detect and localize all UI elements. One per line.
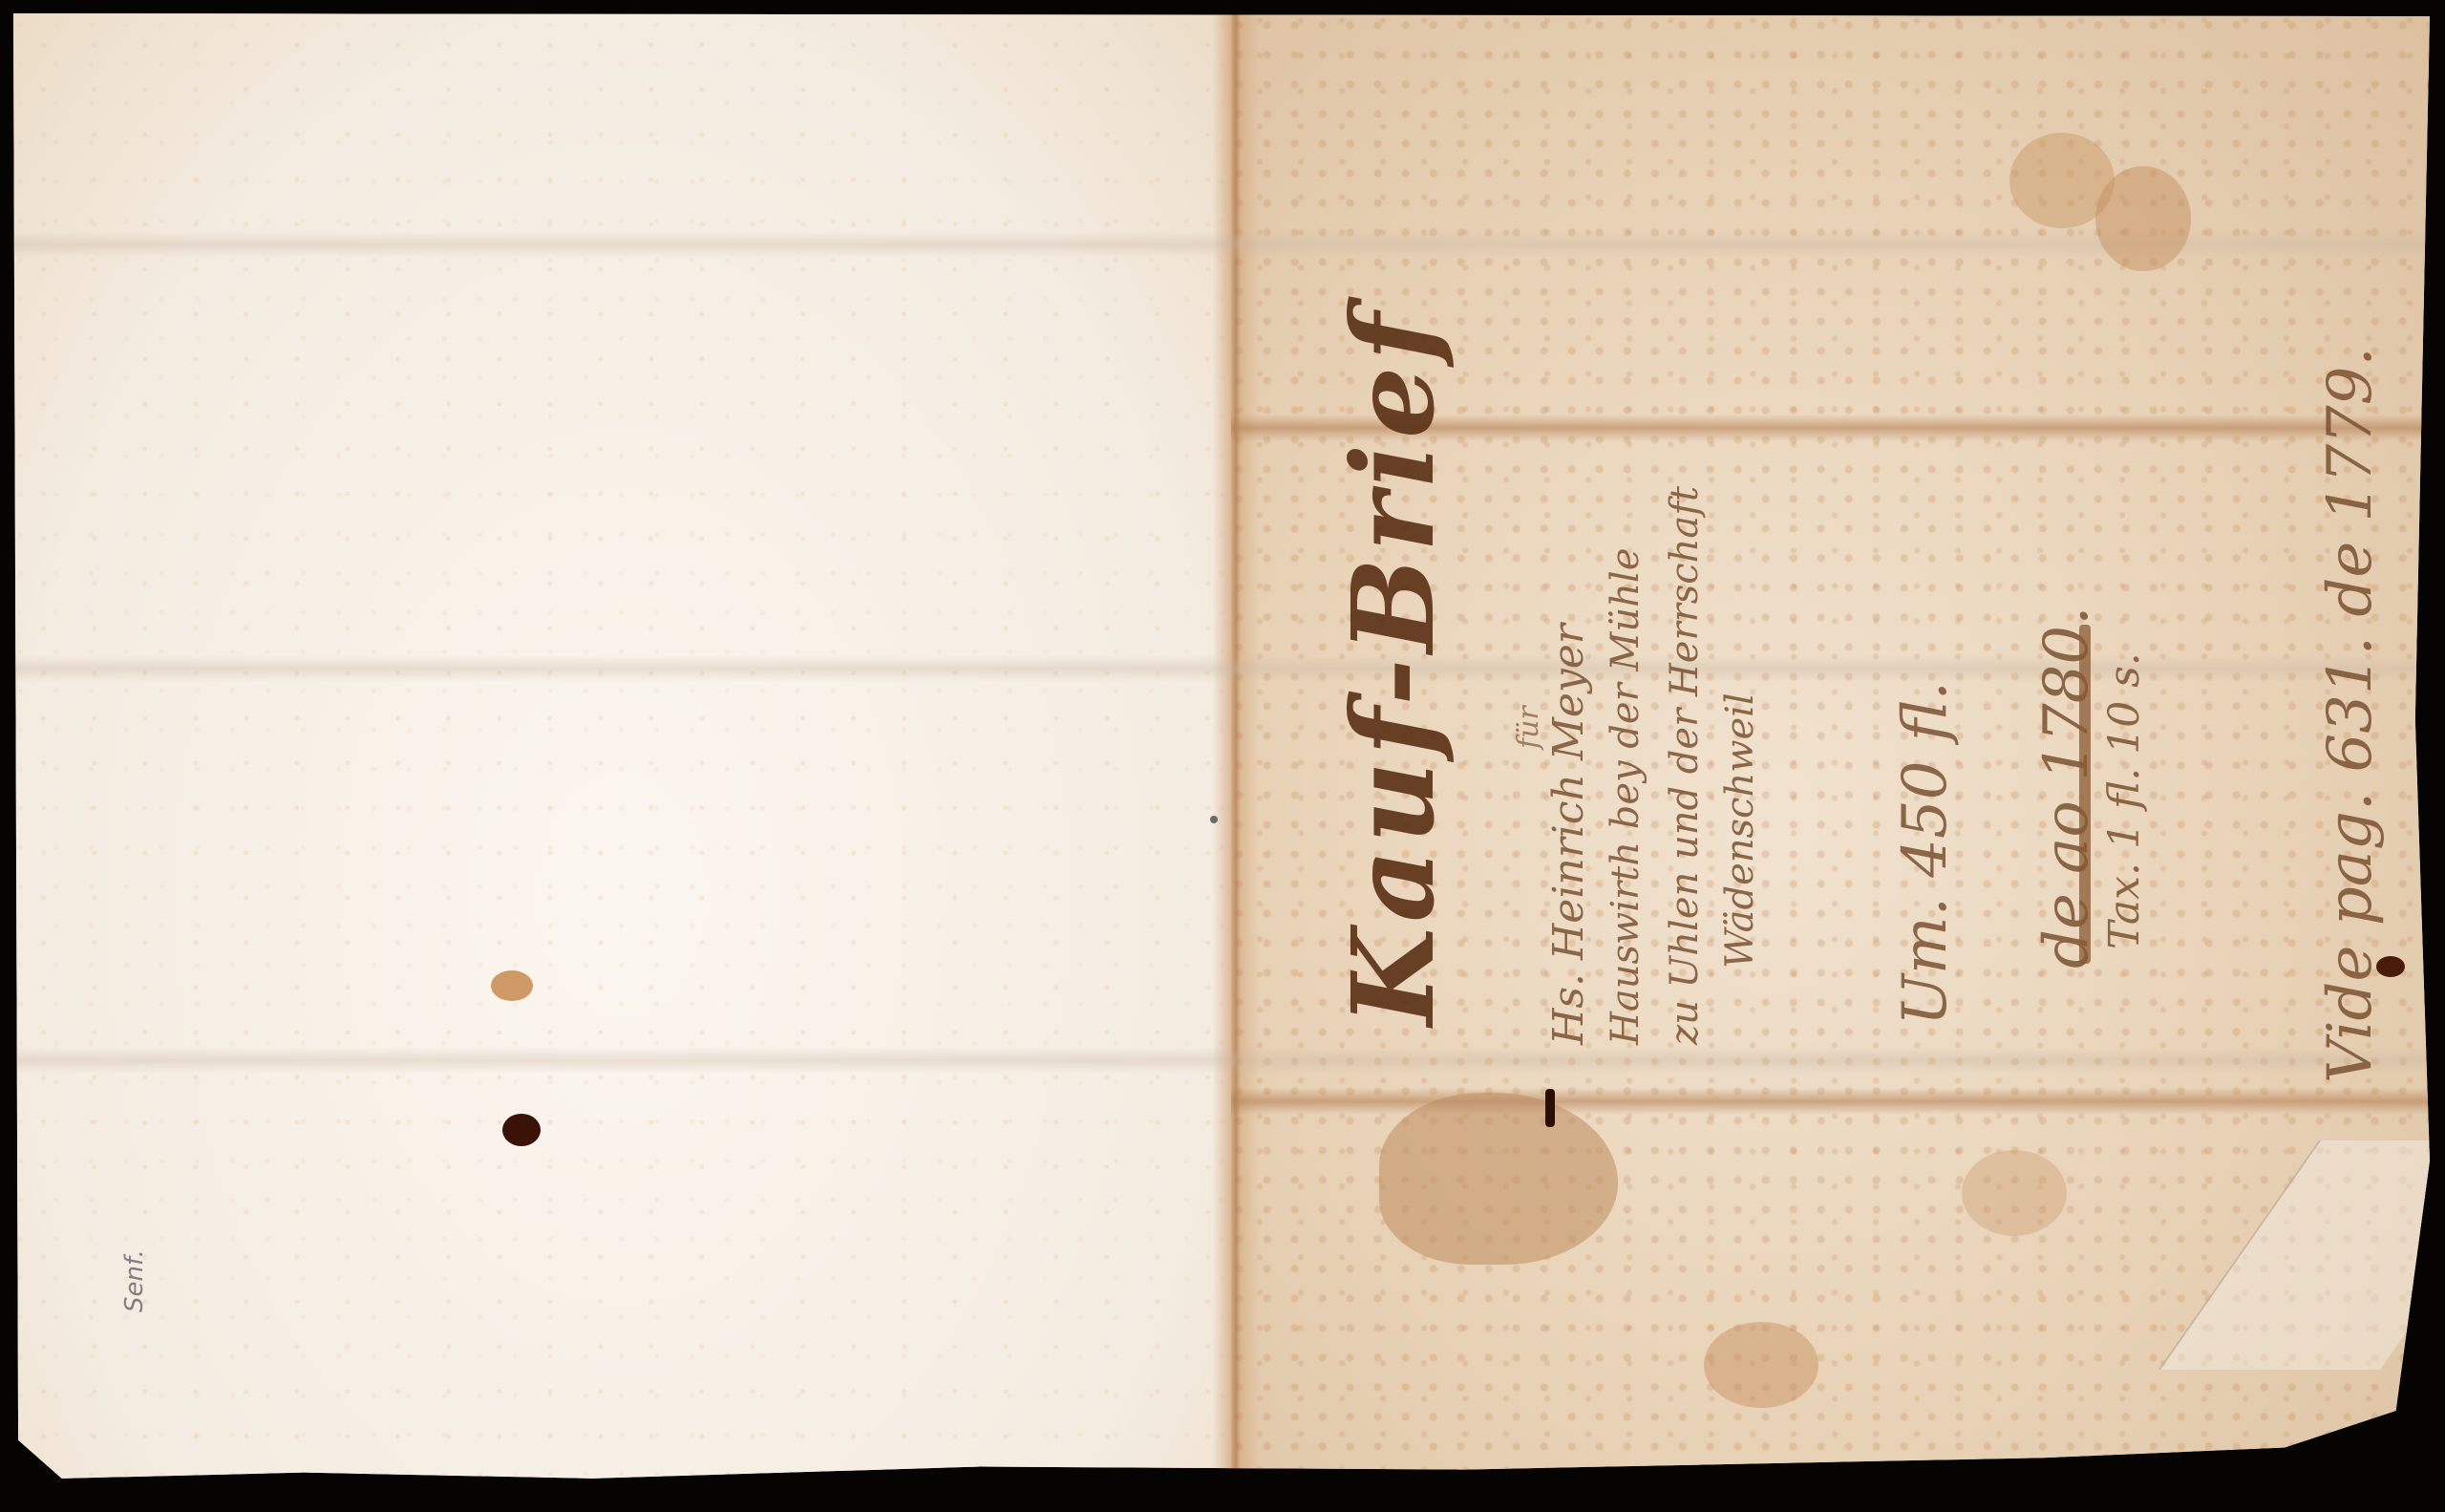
purchase-amount: Um. 450 fl. xyxy=(1890,681,1961,1026)
horizontal-fold-left-top xyxy=(13,231,2430,258)
date-line: de ao 1780. xyxy=(2031,607,2102,969)
tax-line: Tax. 1 fl. 10 s. xyxy=(2100,652,2149,949)
pencil-note: Senf. xyxy=(120,1249,149,1312)
handwritten-label: Kauf-Brief für Hs. Heinrich Meyer Hauswi… xyxy=(1288,434,2415,1083)
horizontal-fold-right-low xyxy=(1231,1088,2430,1115)
ink-blot xyxy=(502,1114,541,1146)
for-label: für xyxy=(1512,706,1545,749)
document-title: Kauf-Brief xyxy=(1327,307,1459,1026)
pin-hole xyxy=(1210,816,1218,823)
detail-line-3: Wädenschweil xyxy=(1718,692,1762,969)
ink-mark xyxy=(1545,1089,1555,1127)
date-underline xyxy=(2079,625,2091,964)
scan-background: Kauf-Brief für Hs. Heinrich Meyer Hauswi… xyxy=(0,0,2445,1512)
water-stain xyxy=(1704,1322,1818,1408)
reference-line: Vide pag. 631. de 1779. xyxy=(2315,347,2386,1083)
detail-line-2: zu Uhlen und der Herrschaft xyxy=(1663,486,1707,1045)
paper-sheet: Kauf-Brief für Hs. Heinrich Meyer Hauswi… xyxy=(13,13,2430,1484)
stain-spot xyxy=(491,970,533,1001)
water-stain xyxy=(2095,166,2191,271)
buyer-name: Hs. Heinrich Meyer xyxy=(1544,624,1593,1045)
detail-line-1: Hauswirth bey der Mühle xyxy=(1604,548,1648,1045)
water-stain xyxy=(1962,1150,2067,1236)
